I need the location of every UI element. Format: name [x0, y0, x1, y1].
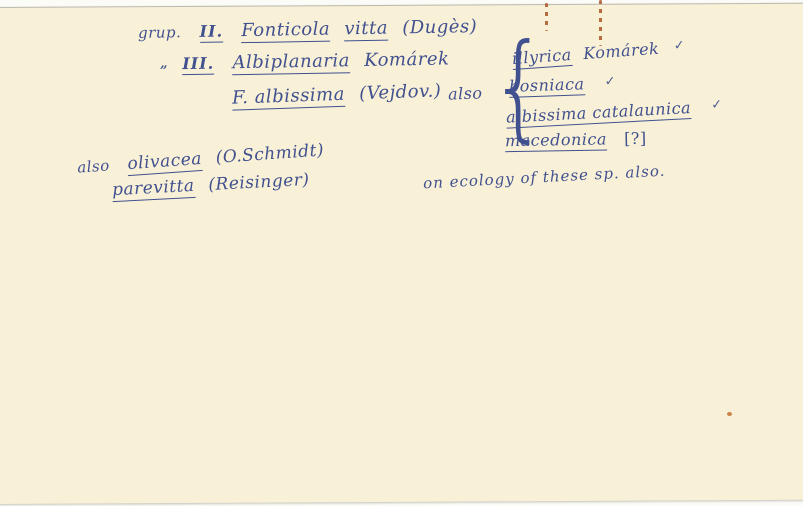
also-word: also [77, 156, 111, 176]
ecology-note-text: on ecology of these sp. also. [423, 162, 666, 193]
author-name: Komárek [583, 39, 660, 63]
ditto-mark: „ [160, 56, 168, 71]
author-name: Komárek [364, 48, 450, 70]
author-citation: (O.Schmidt) [215, 140, 325, 168]
bracket-item-bosniaca: bosniaca ✓ [509, 73, 617, 98]
bracket-item-macedonica: macedonica [?] [505, 129, 647, 152]
also-word: also [448, 83, 483, 103]
handwritten-notes-layer: grup. II. Fonticola vitta (Dugès) „ III.… [0, 0, 803, 506]
author-citation: (Vejdov.) [359, 80, 442, 104]
taxon-name: macedonica [505, 129, 607, 152]
also-label: also [448, 83, 483, 103]
question-mark-brackets: [?] [624, 129, 647, 148]
checkmark-icon: ✓ [711, 97, 723, 113]
species-name: F. albissima [232, 84, 346, 111]
rust-stain-mark [599, 0, 602, 46]
author-citation: (Reisinger) [208, 170, 310, 195]
genus-name: Fonticola [241, 19, 330, 44]
handwritten-line-group2: grup. II. Fonticola vitta (Dugès) [138, 16, 478, 45]
roman-numeral-ii: II. [199, 21, 223, 42]
roman-numeral-iii: III. [182, 54, 214, 76]
handwritten-line-group3: „ III. Albiplanaria Komárek [160, 48, 450, 76]
handwritten-line-albissima: F. albissima (Vejdov.) [232, 80, 442, 110]
taxon-name: olivacea [127, 149, 203, 176]
checkmark-icon: ✓ [673, 38, 685, 54]
taxon-name: bosniaca [509, 74, 585, 98]
taxon-name: parevitta [112, 176, 196, 202]
checkmark-icon: ✓ [604, 74, 616, 89]
group-label: grup. [138, 23, 182, 42]
taxon-name: illyrica [511, 45, 572, 70]
ink-speck-mark [727, 412, 732, 416]
ecology-note: on ecology of these sp. also. [423, 162, 666, 193]
species-epithet: vitta [344, 18, 388, 42]
genus-name: Albiplanaria [232, 50, 350, 75]
author-citation: (Dugès) [402, 16, 477, 38]
